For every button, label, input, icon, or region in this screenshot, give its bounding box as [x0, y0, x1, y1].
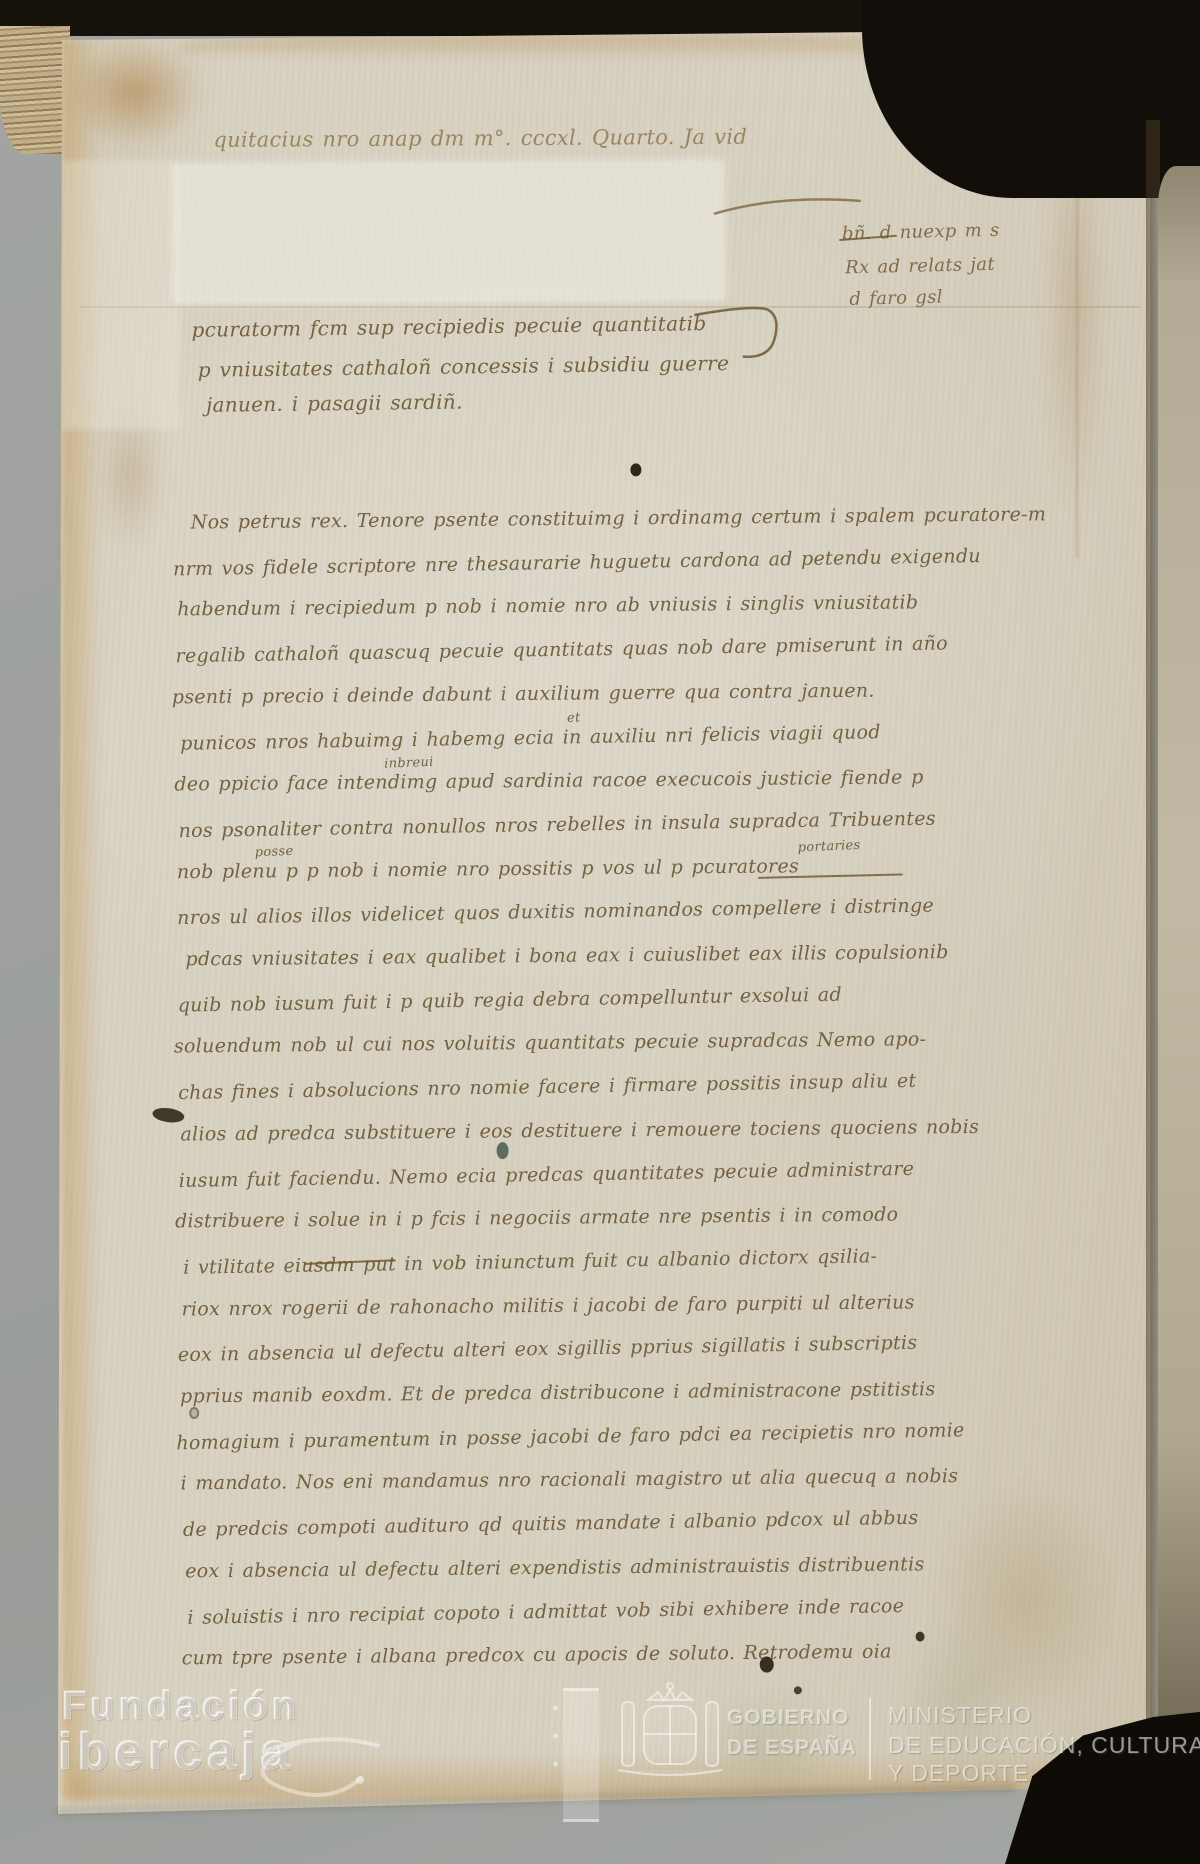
- manuscript-photo: quitacius nro anap dm m°. cccxl. Quarto.…: [0, 0, 1200, 1864]
- watermark-divider: [869, 1698, 871, 1780]
- gobierno-watermark-line2: DE ESPAÑA: [727, 1736, 857, 1760]
- spain-coat-of-arms-icon: [0, 0, 1200, 1864]
- ministerio-watermark-line3: Y DEPORTE: [888, 1760, 1029, 1787]
- ministerio-watermark-line1: MINISTERIO: [888, 1702, 1032, 1729]
- gobierno-watermark-line1: GOBIERNO: [727, 1706, 849, 1730]
- ministerio-watermark-line2: DE EDUCACIÓN, CULTURA: [888, 1732, 1200, 1759]
